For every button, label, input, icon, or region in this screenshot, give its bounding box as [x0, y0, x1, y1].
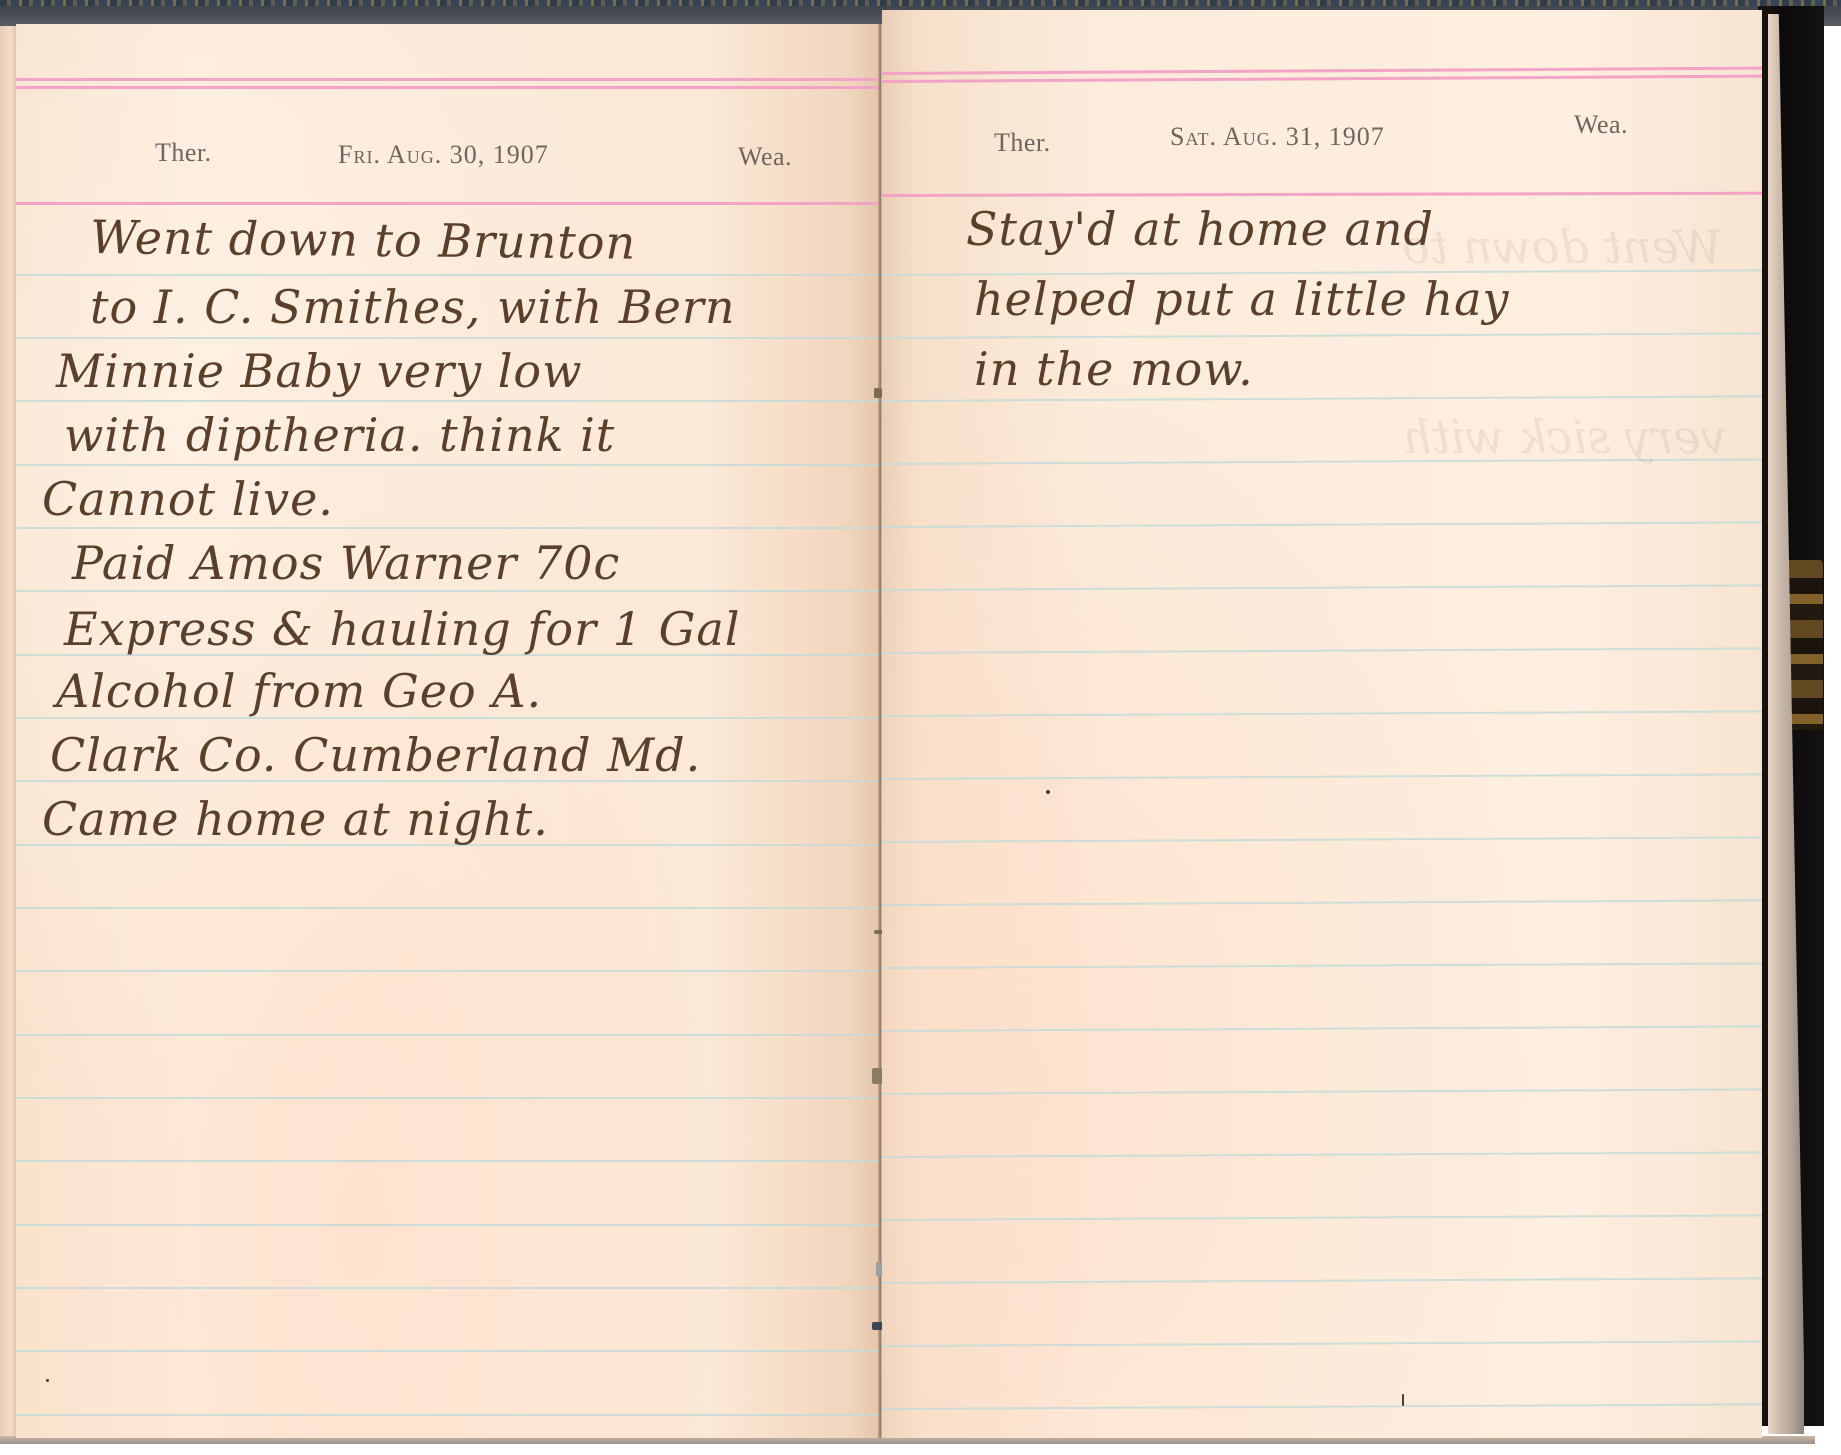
entry-line: Express & hauling for 1 Gal — [64, 602, 740, 656]
header-rule-top — [882, 67, 1762, 75]
header-rule-bottom — [882, 192, 1762, 197]
ruled-line — [882, 647, 1762, 654]
entry-line: Alcohol from Geo A. — [56, 664, 542, 718]
header-rule-top — [16, 78, 882, 81]
entry-line: helped put a little hay — [974, 272, 1510, 326]
ruled-line — [16, 1350, 882, 1352]
entry-date: Fri. Aug. 30, 1907 — [338, 140, 549, 170]
ruled-line — [882, 773, 1762, 780]
thermometer-label: Ther. — [155, 138, 212, 168]
ruled-line — [882, 584, 1762, 591]
spine-stitch — [874, 388, 882, 398]
entry-line: in the mow. — [974, 342, 1254, 396]
ruled-line — [16, 1414, 882, 1416]
ruled-line — [882, 836, 1762, 843]
ruled-line — [16, 337, 882, 339]
ruled-line — [16, 1034, 882, 1036]
entry-line: Minnie Baby very low — [56, 344, 583, 398]
paper-mark — [1402, 1394, 1404, 1406]
ruled-line — [16, 1287, 882, 1289]
entry-date: Sat. Aug. 31, 1907 — [1170, 122, 1385, 152]
ruled-line — [882, 710, 1762, 717]
ruled-line — [16, 1224, 882, 1226]
ruled-line — [16, 1097, 882, 1099]
thermometer-label: Ther. — [994, 128, 1051, 158]
ruled-line — [16, 400, 882, 402]
weather-label: Wea. — [738, 142, 792, 172]
entry-line: Clark Co. Cumberland Md. — [50, 728, 701, 782]
ruled-line — [16, 464, 882, 466]
ruled-line — [16, 527, 882, 529]
header-rule-top-2 — [16, 86, 882, 89]
diary-page-left: Ther. Fri. Aug. 30, 1907 Wea. Went down … — [16, 24, 882, 1438]
ruled-line — [882, 1151, 1762, 1158]
entry-line: Came home at night. — [42, 792, 549, 846]
ruled-line — [16, 970, 882, 972]
entry-line: Went down to Brunton — [90, 210, 636, 270]
ruled-line — [882, 1340, 1762, 1347]
entry-line: to I. C. Smithes, with Bern — [90, 280, 736, 334]
entry-line: with diptheria. think it — [64, 408, 615, 462]
paper-speck — [46, 1379, 49, 1382]
ruled-line — [882, 1277, 1762, 1284]
bleed-through-text: very sick with — [1402, 410, 1727, 464]
diary-page-right: Ther. Sat. Aug. 31, 1907 Wea. Went down … — [882, 10, 1762, 1438]
ruled-line — [16, 590, 882, 592]
ruled-line — [882, 1214, 1762, 1221]
entry-line: Stay'd at home and — [966, 202, 1434, 256]
ruled-line — [16, 907, 882, 909]
header-rule-bottom — [16, 202, 882, 205]
bleed-through-text: Went down to — [1402, 220, 1722, 274]
ruled-line — [882, 1025, 1762, 1032]
ruled-line — [882, 332, 1762, 339]
ruled-line — [882, 899, 1762, 906]
entry-line: Paid Amos Warner 70c — [72, 536, 620, 590]
ruled-line — [882, 395, 1762, 402]
ruled-line — [882, 1088, 1762, 1095]
header-rule-top-2 — [882, 75, 1762, 83]
entry-line: Cannot live. — [42, 472, 334, 526]
ruled-line — [882, 521, 1762, 528]
ruled-line — [882, 962, 1762, 969]
ruled-line — [882, 1403, 1762, 1410]
paper-speck — [1046, 790, 1050, 794]
ruled-line — [16, 1160, 882, 1162]
weather-label: Wea. — [1574, 110, 1628, 140]
ruled-line — [16, 274, 882, 276]
